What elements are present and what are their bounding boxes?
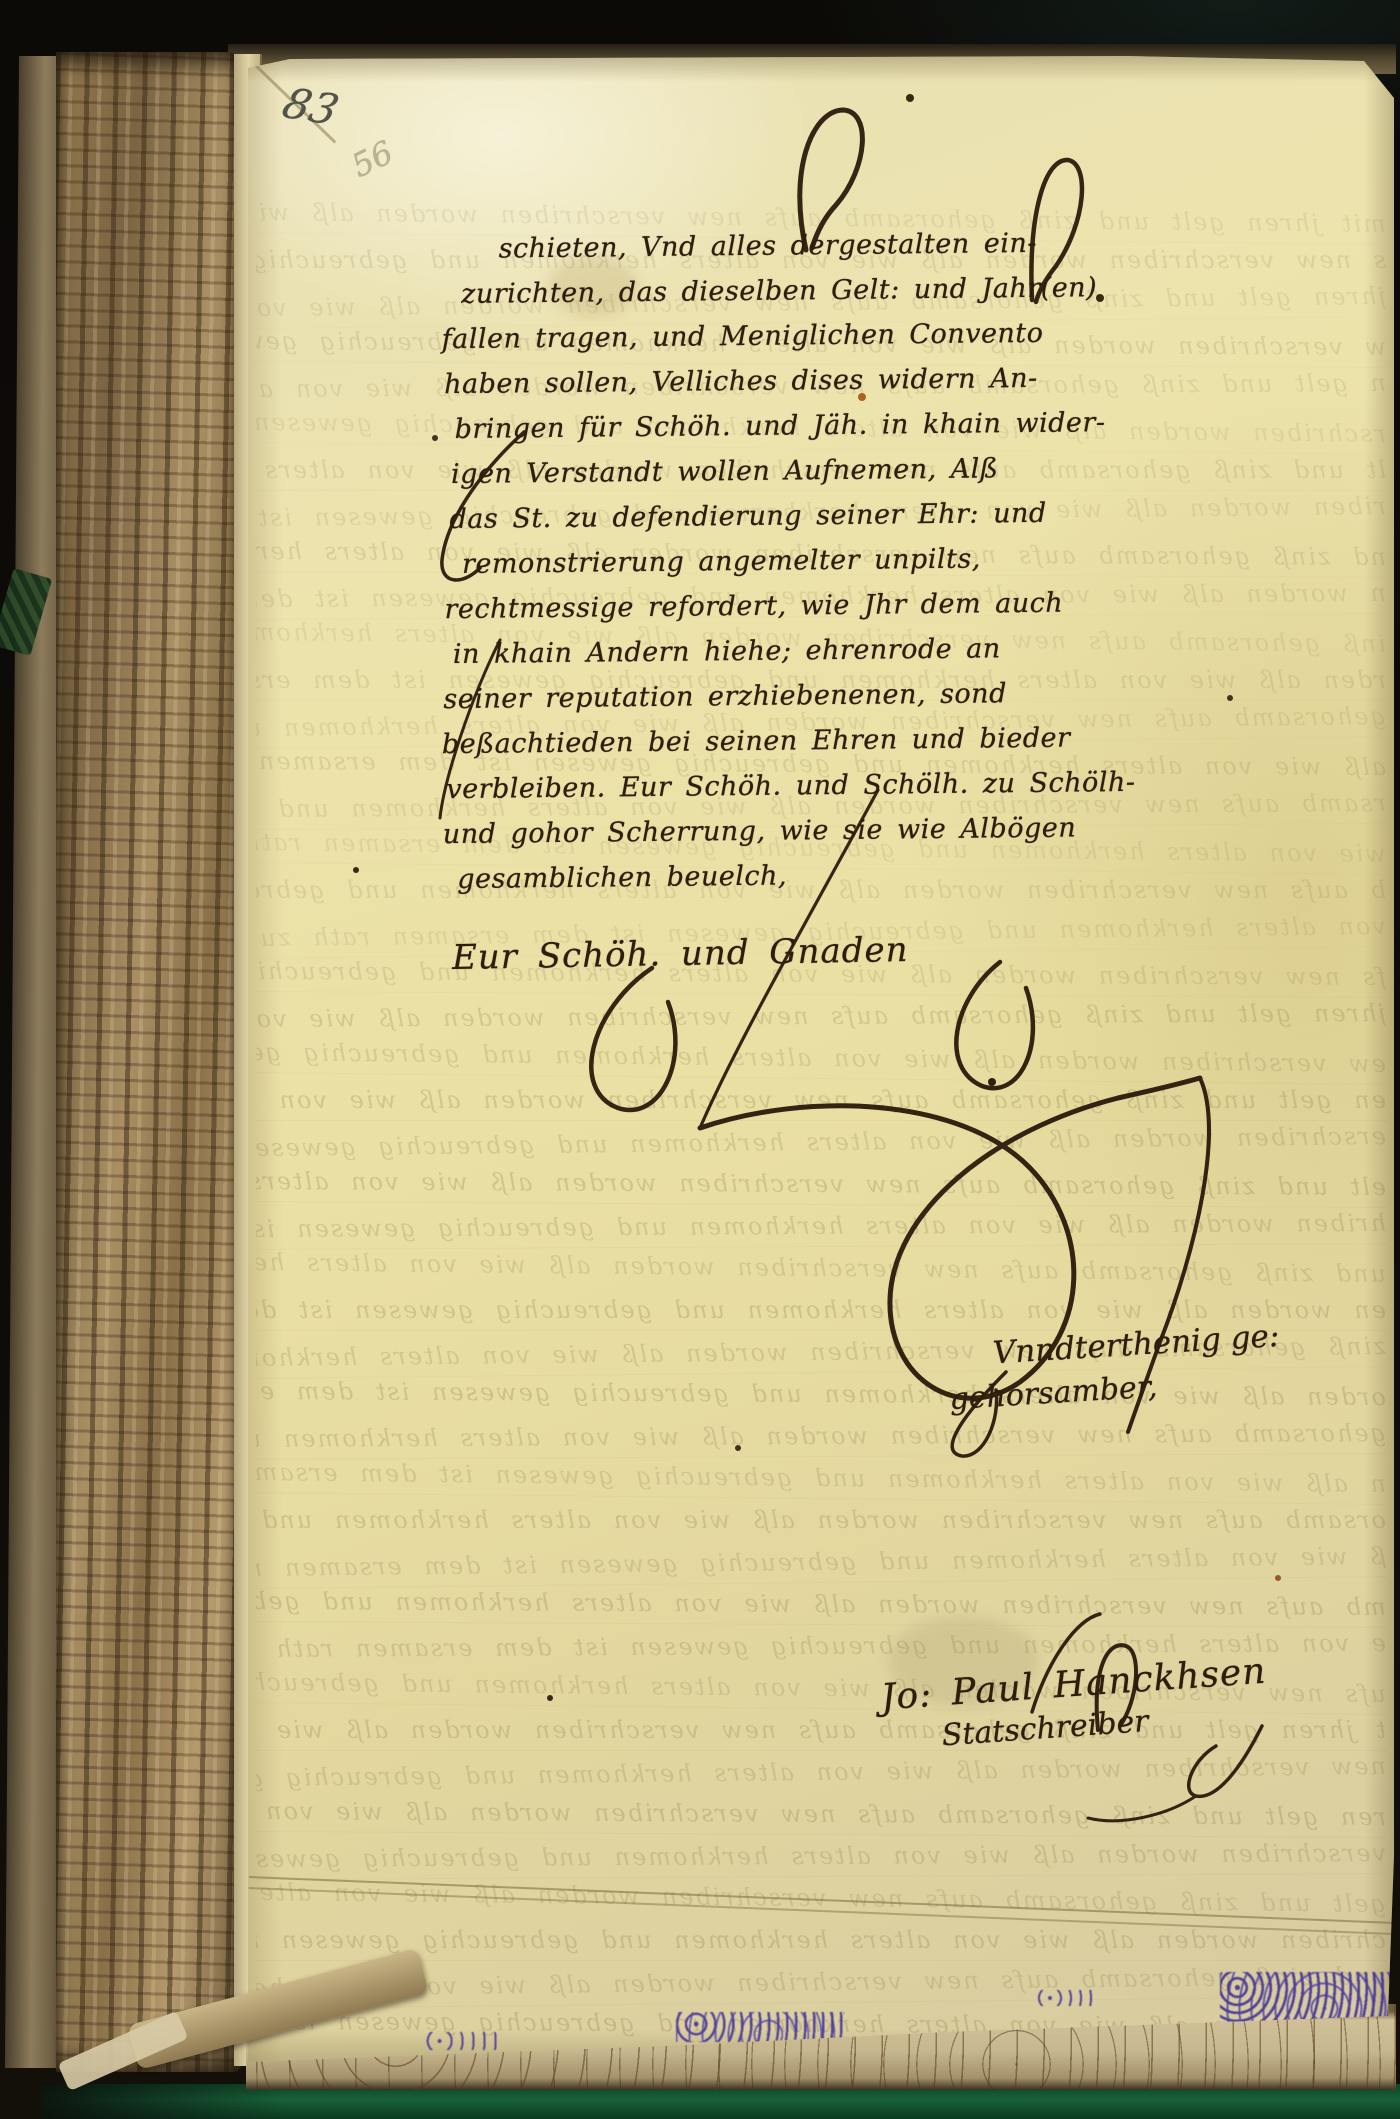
manuscript-text-line: fallen tragen, und Meniglichen Convento xyxy=(441,311,1041,362)
manuscript-text-line: haben sollen, Velliches dises widern An- xyxy=(444,356,1042,407)
manuscript-text-line: verbleiben. Eur Schöh. und Schölh. zu Sc… xyxy=(446,761,1046,812)
manuscript-text-line: beßachtieden bei seinen Ehren und bieder xyxy=(442,716,1046,767)
purple-ink-stain xyxy=(676,2012,844,2042)
bleed-through-row: gehorsamb aufs new verschriben worden al… xyxy=(256,1419,1386,1460)
bleed-through-row: orsamb aufs new verschriben worden alß w… xyxy=(256,1506,1386,1540)
bleed-through-row: hriben worden alß wie von alters herkhom… xyxy=(256,1209,1386,1250)
manuscript-text-line: gesamblichen beuelch, xyxy=(457,851,1047,902)
manuscript-text-line: rechtmessige refordert, wie Jhr dem auch xyxy=(444,581,1044,632)
bleed-through-row: mb aufs new verschriben worden alß wie v… xyxy=(256,1587,1386,1628)
manuscript-photo: mit jhren gelt und zinß gehorsamb aufs n… xyxy=(0,0,1400,2119)
purple-ink-stain xyxy=(426,2032,502,2050)
closing-salutation: Eur Schöh. und Gnaden xyxy=(452,930,909,978)
manuscript-text-line: und gohor Scherrung, wie sie wie Albögen xyxy=(443,806,1047,857)
bleed-through-row: en gelt und zinß gehorsamb aufs new vers… xyxy=(256,1086,1386,1121)
manuscript-text-line: bringen für Schöh. und Jäh. in khain wid… xyxy=(454,401,1042,452)
bleed-through-row: n alß wie von alters herkhomen und gebre… xyxy=(256,1458,1386,1505)
bleed-through-row: und zinß gehorsamb aufs new verschriben … xyxy=(256,1248,1386,1294)
manuscript-text-line: schieten, Vnd alles dergestalten ein- xyxy=(498,221,1040,272)
manuscript-text-line: remonstrierung angemelter unpilts, xyxy=(462,536,1044,587)
bleed-through-row: ß wie von alters herkhomen und gebreuchi… xyxy=(256,1542,1386,1589)
manuscript-text-line: in khain Andern hiehe; ehrenrode an xyxy=(453,626,1045,677)
bleed-through-row: new verschriben worden alß wie von alter… xyxy=(256,1752,1386,1798)
purple-ink-stain xyxy=(1036,1990,1092,2006)
bleed-through-row: ew verschriben worden alß wie von alters… xyxy=(256,1038,1386,1085)
bleed-through-row: verschriben worden alß wie von alters he… xyxy=(256,1839,1386,1880)
manuscript-text-line: zurichten, das dieselben Gelt: und Jahr(… xyxy=(461,266,1041,317)
bleed-through-row: elt und zinß gehorsamb aufs new verschri… xyxy=(256,1167,1386,1208)
bleed-through-row: chriben worden alß wie von alters herkho… xyxy=(256,1926,1386,1961)
bleed-through-row: jhren gelt und zinß gehorsamb aufs new v… xyxy=(256,999,1386,1039)
manuscript-page: mit jhren gelt und zinß gehorsamb aufs n… xyxy=(248,56,1394,2062)
bleed-through-row: ren gelt und zinß gehorsamb aufs new ver… xyxy=(256,1797,1386,1838)
manuscript-body-text: schieten, Vnd alles dergestalten ein-zur… xyxy=(430,221,1047,902)
bleed-through-row: erschriben worden alß wie von alters her… xyxy=(256,1122,1386,1168)
tattered-page-edges xyxy=(56,52,242,2072)
purple-ink-stain xyxy=(1220,1972,1394,2024)
manuscript-text-line: seiner reputation erzhiebenenen, sond xyxy=(443,671,1045,722)
manuscript-text-line: das St. zu defendierung seiner Ehr: und xyxy=(449,491,1043,542)
manuscript-text-line: igen Verstandt wollen Aufnemen, Alß xyxy=(451,446,1043,497)
